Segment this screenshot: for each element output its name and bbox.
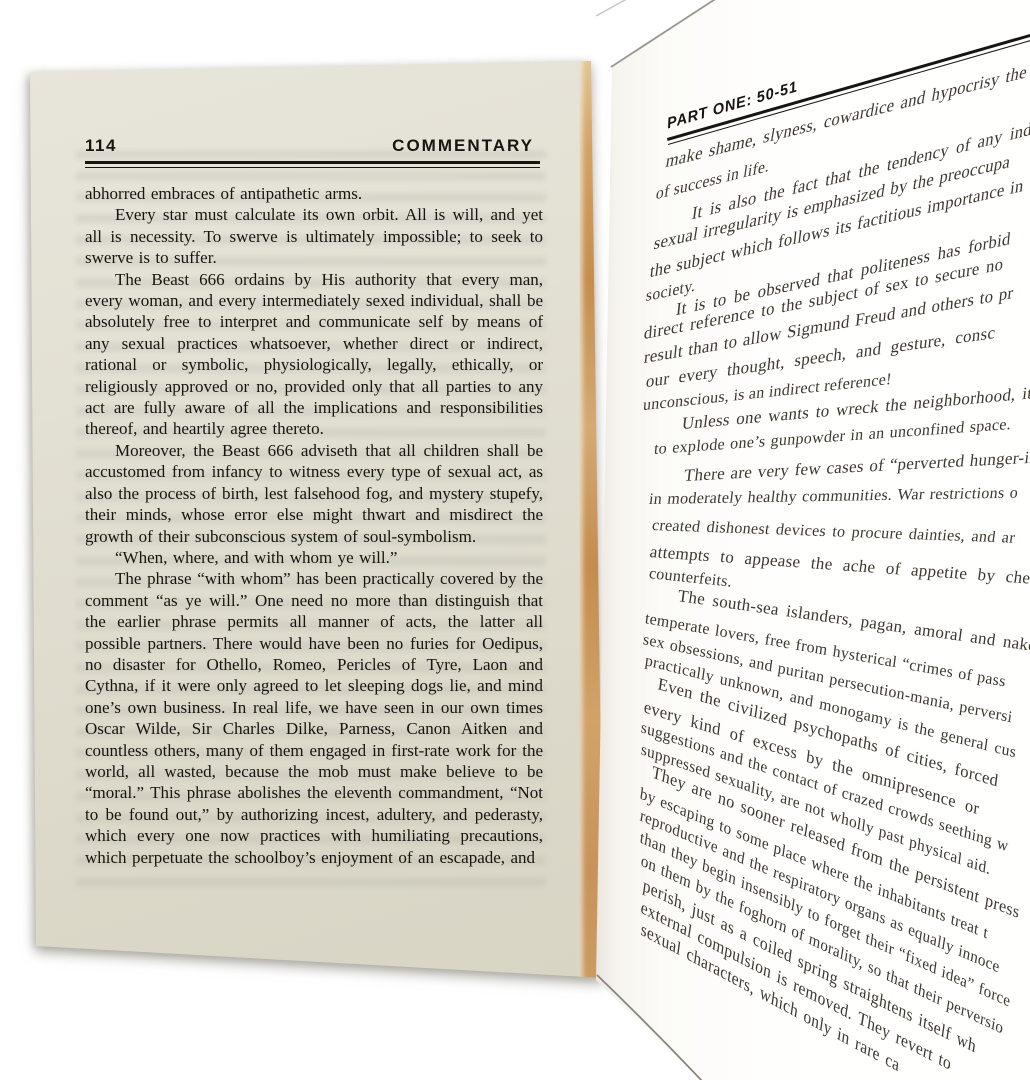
left-running-header: 114 COMMENTARY <box>85 134 540 156</box>
left-page-text-block: abhorred embraces of antipathetic arms.E… <box>85 183 543 868</box>
right-page: PART ONE: 50-51 make shame, slyness, cow… <box>596 0 1030 1080</box>
paragraph: “When, where, and with whom ye will.” <box>85 547 543 568</box>
left-page: 114 COMMENTARY abhorred embraces of anti… <box>28 58 606 980</box>
paragraph: abhorred embraces of antipathetic arms. <box>85 183 543 204</box>
paragraph: The Beast 666 ordains by His authority t… <box>85 269 543 440</box>
page-line: in moderately healthy communities. War r… <box>648 485 1019 509</box>
running-header-title: COMMENTARY <box>392 136 534 156</box>
rule-thick <box>85 161 540 164</box>
rule-thin <box>85 167 540 169</box>
cover-edge-line <box>596 0 643 16</box>
page-line: created dishonest devices to procure dai… <box>651 517 1016 548</box>
paragraph: Moreover, the Beast 666 adviseth that al… <box>85 440 543 547</box>
left-page-shadow-wrap: 114 COMMENTARY abhorred embraces of anti… <box>28 58 606 980</box>
paragraph: Every star must calculate its own orbit.… <box>85 204 543 268</box>
header-double-rule <box>85 161 540 168</box>
paragraph: The phrase “with whom” has been practica… <box>85 568 543 868</box>
open-book-photo: 114 COMMENTARY abhorred embraces of anti… <box>0 0 1030 1080</box>
page-number: 114 <box>85 136 117 156</box>
